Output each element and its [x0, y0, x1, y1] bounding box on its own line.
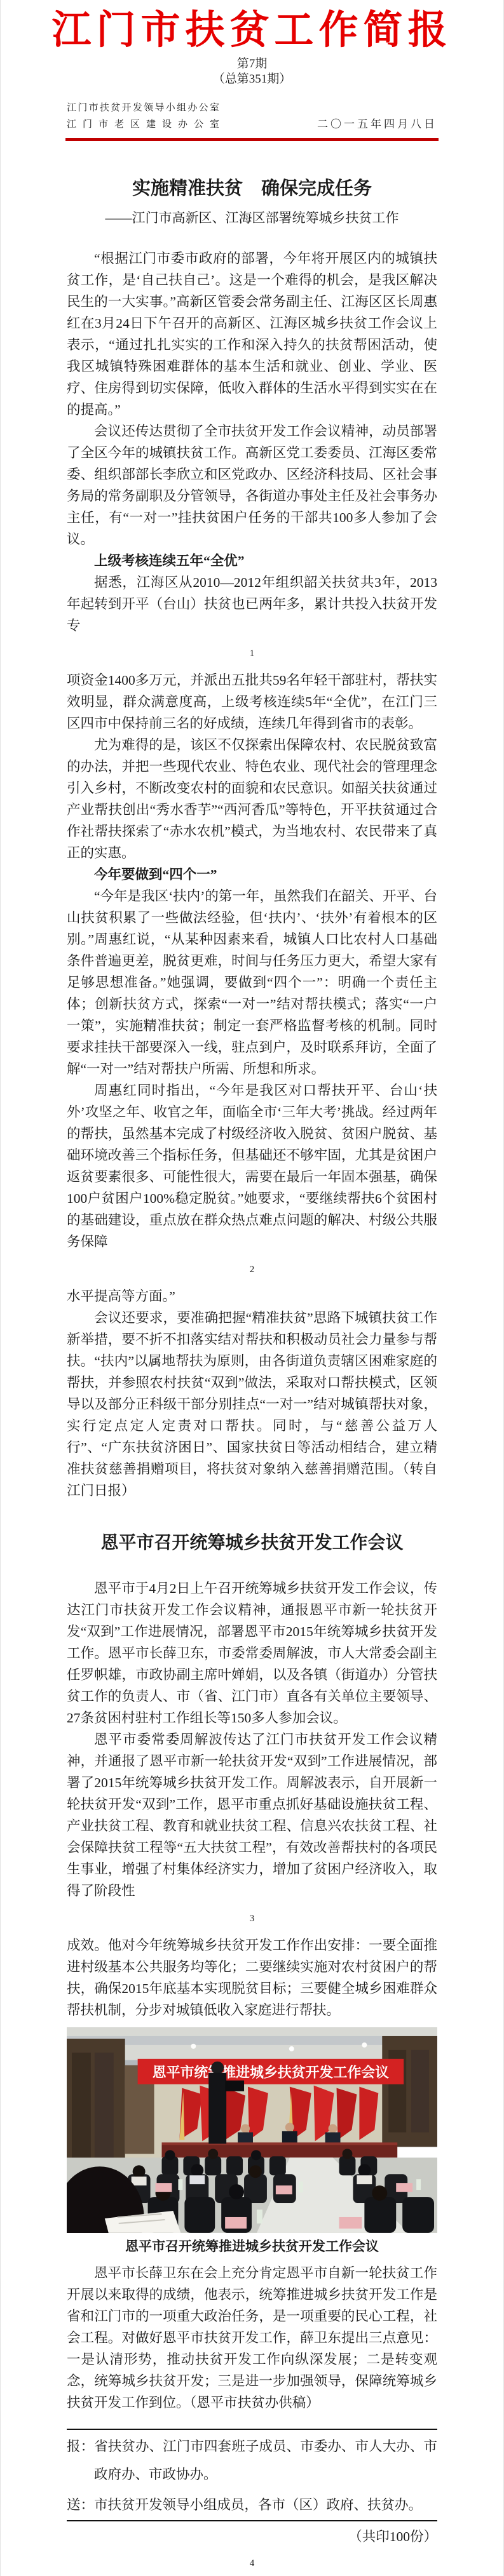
report-line: 报：省扶贫办、江门市四套班子成员、市委办、市人大办、市政府办、市政协办。 — [67, 2432, 437, 2488]
meeting-photo: 恩平市统筹推进城乡扶贫开发工作会议 — [67, 2027, 437, 2233]
masthead-title: 江门市扶贫工作简报 — [1, 8, 503, 53]
publication-date: 二〇一五年四月八日 — [317, 116, 437, 133]
article-2: 恩平市召开统筹城乡扶贫开发工作会议 恩平市于4月2日上午召开统筹城乡扶贫开发工作… — [67, 1531, 437, 2413]
article-1-subtitle: ——江门市高新区、江海区部署统筹城乡扶贫工作 — [67, 208, 437, 227]
send-text: 市扶贫开发领导小组成员，各市（区）政府、扶贫办。 — [94, 2497, 422, 2512]
paragraph: “今年是我区‘扶内’的第一年，虽然我们在韶关、开平、台山扶贫积累了一些做法经验，… — [67, 885, 437, 1080]
paragraph: 周惠红同时指出，“今年是我区对口帮扶开平、台山‘扶外’攻坚之年、收官之年，面临全… — [67, 1080, 437, 1252]
issue-total-number: （总第351期） — [1, 72, 503, 87]
print-copies: （共印100份） — [67, 2526, 437, 2547]
paragraph-continuation: 成效。他对今年统筹城乡扶贫开发工作作出安排：一要全面推进村级基本公共服务均等化；… — [67, 1935, 437, 2021]
paragraph: 恩平市于4月2日上午召开统筹城乡扶贫开发工作会议，传达江门市扶贫开发工作会议精神… — [67, 1578, 437, 1729]
page-number: 4 — [67, 2556, 437, 2576]
article-1-body: “根据江门市委市政府的部署，今年将开展区内的城镇扶贫工作，是‘自己扶自己’。这是… — [67, 248, 437, 1501]
publisher-orgs: 江门市扶贫开发领导小组办公室 江门市老区建设办公室 — [67, 100, 219, 133]
paragraph: 尤为难得的是，该区不仅探索出保障农村、农民脱贫致富的办法，并把一些现代农业、特色… — [67, 734, 437, 864]
paragraph: 恩平市长薛卫东在会上充分肯定恩平市自新一轮扶贫工作开展以来取得的成绩，他表示，统… — [67, 2262, 437, 2413]
masthead-rule — [65, 138, 439, 141]
photo-banner: 恩平市统筹推进城乡扶贫开发工作会议 — [153, 2065, 389, 2081]
meeting-photo-illustration: 恩平市统筹推进城乡扶贫开发工作会议 — [67, 2027, 437, 2233]
page-number: 2 — [67, 1252, 437, 1285]
footer-rule-top — [67, 2429, 437, 2430]
report-label: 报： — [67, 2439, 94, 2454]
send-line: 送：市扶贫开发领导小组成员，各市（区）政府、扶贫办。 — [67, 2491, 437, 2519]
paragraph: 会议还传达贯彻了全市扶贫开发工作会议精神，动员部署了全区今年的城镇扶贫工作。高新… — [67, 420, 437, 550]
report-text: 省扶贫办、江门市四套班子成员、市委办、市人大办、市政府办、市政协办。 — [94, 2439, 437, 2482]
footer: 报：省扶贫办、江门市四套班子成员、市委办、市人大办、市政府办、市政协办。 送：市… — [67, 2429, 437, 2576]
section-heading: 上级考核连续五年“全优” — [67, 550, 437, 572]
org-line-2: 江门市老区建设办公室 — [67, 116, 219, 133]
paragraph: 据悉，江海区从2010—2012年组织韶关扶贫共3年，2013年起转到开平（台山… — [67, 572, 437, 636]
page-number: 3 — [67, 1902, 437, 1935]
paragraph: 恩平市委常委周解波传达了江门市扶贫开发工作会议精神，并通报了恩平市新一轮扶贫开发… — [67, 1729, 437, 1902]
paragraph: “根据江门市委市政府的部署，今年将开展区内的城镇扶贫工作，是‘自己扶自己’。这是… — [67, 248, 437, 420]
section-heading: 今年要做到“四个一” — [67, 864, 437, 885]
send-label: 送： — [67, 2497, 94, 2512]
page-number: 1 — [67, 636, 437, 669]
article-1-title: 实施精准扶贫 确保完成任务 — [67, 177, 437, 201]
photo-caption: 恩平市召开统筹推进城乡扶贫开发工作会议 — [67, 2237, 437, 2256]
issue-number: 第7期 — [1, 57, 503, 72]
bulletin-page: 江门市扶贫工作简报 第7期 （总第351期） 江门市扶贫开发领导小组办公室 江门… — [0, 0, 504, 2576]
org-line-1: 江门市扶贫开发领导小组办公室 — [67, 100, 219, 116]
article-1: 实施精准扶贫 确保完成任务 ——江门市高新区、江海区部署统筹城乡扶贫工作 “根据… — [67, 177, 437, 1501]
footer-rule-bottom — [67, 2520, 437, 2521]
publisher-row: 江门市扶贫开发领导小组办公室 江门市老区建设办公室 二〇一五年四月八日 — [67, 100, 437, 133]
article-2-body-continued: 恩平市长薛卫东在会上充分肯定恩平市自新一轮扶贫工作开展以来取得的成绩，他表示，统… — [67, 2262, 437, 2413]
article-2-body: 恩平市于4月2日上午召开统筹城乡扶贫开发工作会议，传达江门市扶贫开发工作会议精神… — [67, 1578, 437, 2021]
paragraph-continuation: 项资金1400多万元，并派出五批共59名年轻干部驻村，帮扶实效明显，群众满意度高… — [67, 669, 437, 734]
paragraph: 会议还要求，要准确把握“精准扶贫”思路下城镇扶贫工作新举措，要不折不扣落实结对帮… — [67, 1307, 437, 1501]
article-2-title: 恩平市召开统筹城乡扶贫开发工作会议 — [67, 1531, 437, 1556]
paragraph-continuation: 水平提高等方面。” — [67, 1285, 437, 1307]
